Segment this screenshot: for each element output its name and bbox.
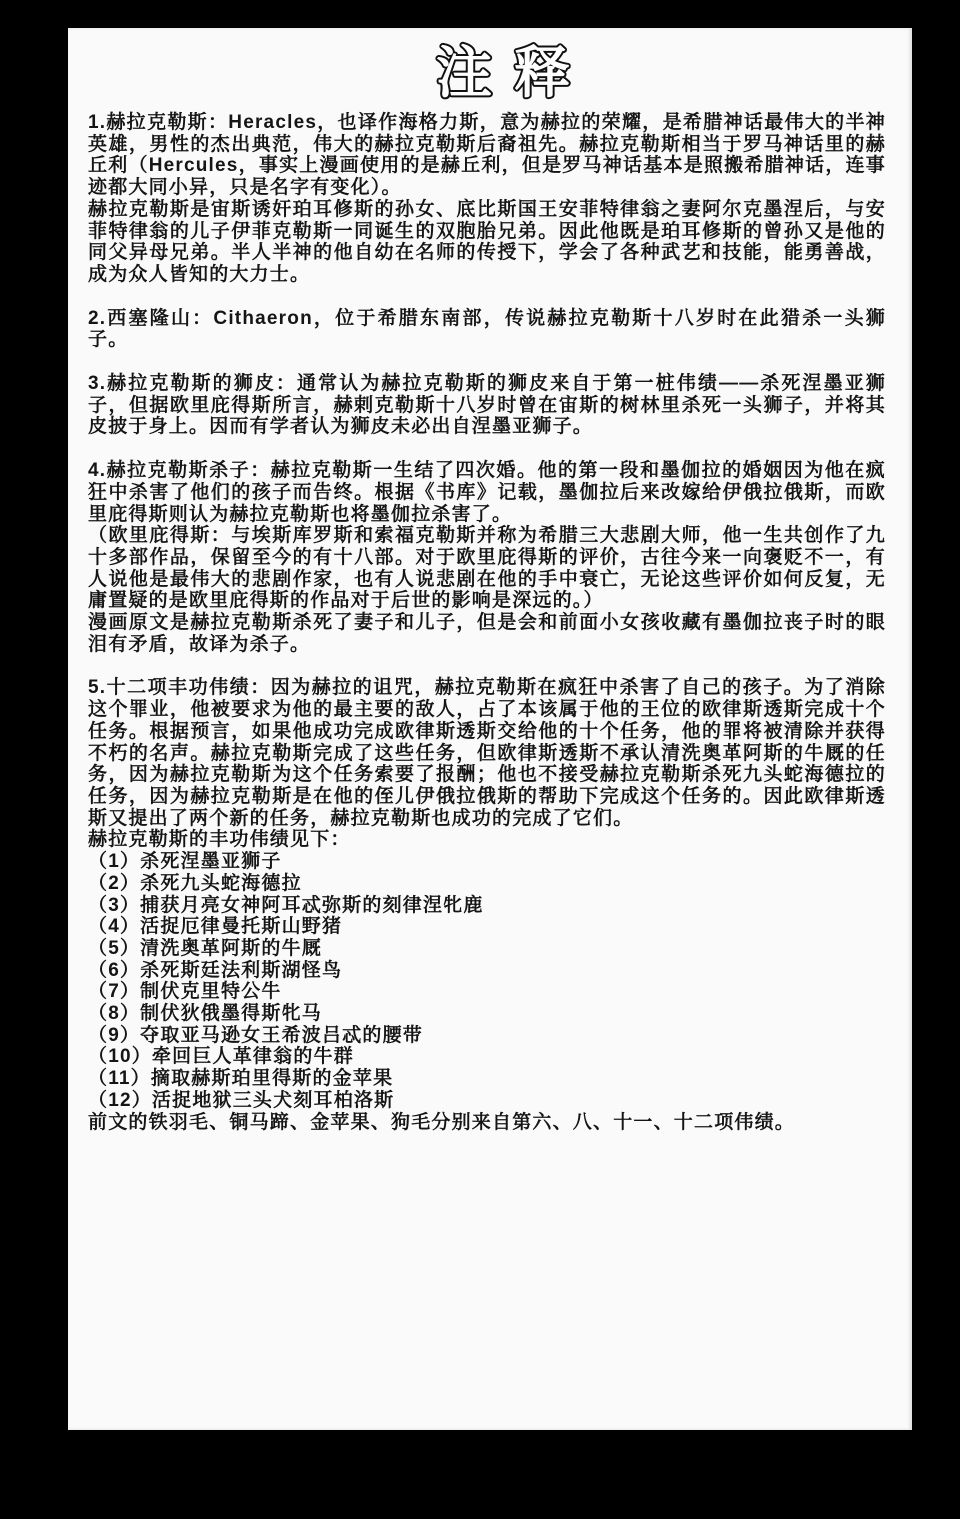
labor-item-12: （12）活捉地狱三头犬刻耳柏洛斯 (88, 1090, 886, 1112)
labor-item-5: （5）清洗奥革阿斯的牛厩 (88, 938, 886, 960)
note-2-paragraph-1: 2.西塞隆山：Cithaeron，位于希腊东南部，传说赫拉克勒斯十八岁时在此猎杀… (88, 308, 886, 351)
note-4-paragraph-3: 漫画原文是赫拉克勒斯杀死了妻子和儿子，但是会和前面小女孩收藏有墨伽拉丧子时的眼泪… (88, 612, 886, 655)
page-title-block: 注释 (68, 28, 912, 106)
note-2: 2.西塞隆山：Cithaeron，位于希腊东南部，传说赫拉克勒斯十八岁时在此猎杀… (88, 308, 886, 351)
notes-content: 1.赫拉克勒斯：Heracles，也译作海格力斯，意为赫拉的荣耀，是希腊神话最伟… (68, 106, 912, 1133)
labor-item-11: （11）摘取赫斯珀里得斯的金苹果 (88, 1068, 886, 1090)
note-1: 1.赫拉克勒斯：Heracles，也译作海格力斯，意为赫拉的荣耀，是希腊神话最伟… (88, 112, 886, 286)
labor-item-10: （10）牵回巨人革律翁的牛群 (88, 1046, 886, 1068)
labor-item-8: （8）制伏狄俄墨得斯牝马 (88, 1003, 886, 1025)
labors-list-header: 赫拉克勒斯的丰功伟绩见下： (88, 829, 886, 851)
note-3: 3.赫拉克勒斯的狮皮：通常认为赫拉克勒斯的狮皮来自于第一桩伟绩——杀死涅墨亚狮子… (88, 373, 886, 438)
labor-item-1: （1）杀死涅墨亚狮子 (88, 851, 886, 873)
document-page: 注释 1.赫拉克勒斯：Heracles，也译作海格力斯，意为赫拉的荣耀，是希腊神… (68, 28, 912, 1430)
note-4: 4.赫拉克勒斯杀子：赫拉克勒斯一生结了四次婚。他的第一段和墨伽拉的婚姻因为他在疯… (88, 460, 886, 655)
labors-footer: 前文的铁羽毛、铜马蹄、金苹果、狗毛分别来自第六、八、十一、十二项伟绩。 (88, 1112, 886, 1134)
labor-item-7: （7）制伏克里特公牛 (88, 981, 886, 1003)
labor-item-4: （4）活捉厄律曼托斯山野猪 (88, 916, 886, 938)
note-4-paragraph-1: 4.赫拉克勒斯杀子：赫拉克勒斯一生结了四次婚。他的第一段和墨伽拉的婚姻因为他在疯… (88, 460, 886, 525)
page-title-art: 注释 (358, 40, 648, 106)
note-1-paragraph-2: 赫拉克勒斯是宙斯诱奸珀耳修斯的孙女、底比斯国王安菲特律翁之妻阿尔克墨涅后，与安菲… (88, 199, 886, 286)
labor-item-2: （2）杀死九头蛇海德拉 (88, 873, 886, 895)
note-5-paragraph-1: 5.十二项丰功伟绩：因为赫拉的诅咒，赫拉克勒斯在疯狂中杀害了自己的孩子。为了消除… (88, 677, 886, 829)
note-1-paragraph-1: 1.赫拉克勒斯：Heracles，也译作海格力斯，意为赫拉的荣耀，是希腊神话最伟… (88, 112, 886, 199)
labor-item-3: （3）捕获月亮女神阿耳忒弥斯的刻律涅牝鹿 (88, 895, 886, 917)
labor-item-6: （6）杀死斯廷法利斯湖怪鸟 (88, 960, 886, 982)
note-3-paragraph-1: 3.赫拉克勒斯的狮皮：通常认为赫拉克勒斯的狮皮来自于第一桩伟绩——杀死涅墨亚狮子… (88, 373, 886, 438)
labor-item-9: （9）夺取亚马逊女王希波吕忒的腰带 (88, 1025, 886, 1047)
note-4-paragraph-2: （欧里庇得斯：与埃斯库罗斯和索福克勒斯并称为希腊三大悲剧大师，他一生共创作了九十… (88, 525, 886, 612)
note-5: 5.十二项丰功伟绩：因为赫拉的诅咒，赫拉克勒斯在疯狂中杀害了自己的孩子。为了消除… (88, 677, 886, 1133)
page-title: 注释 (436, 41, 592, 104)
